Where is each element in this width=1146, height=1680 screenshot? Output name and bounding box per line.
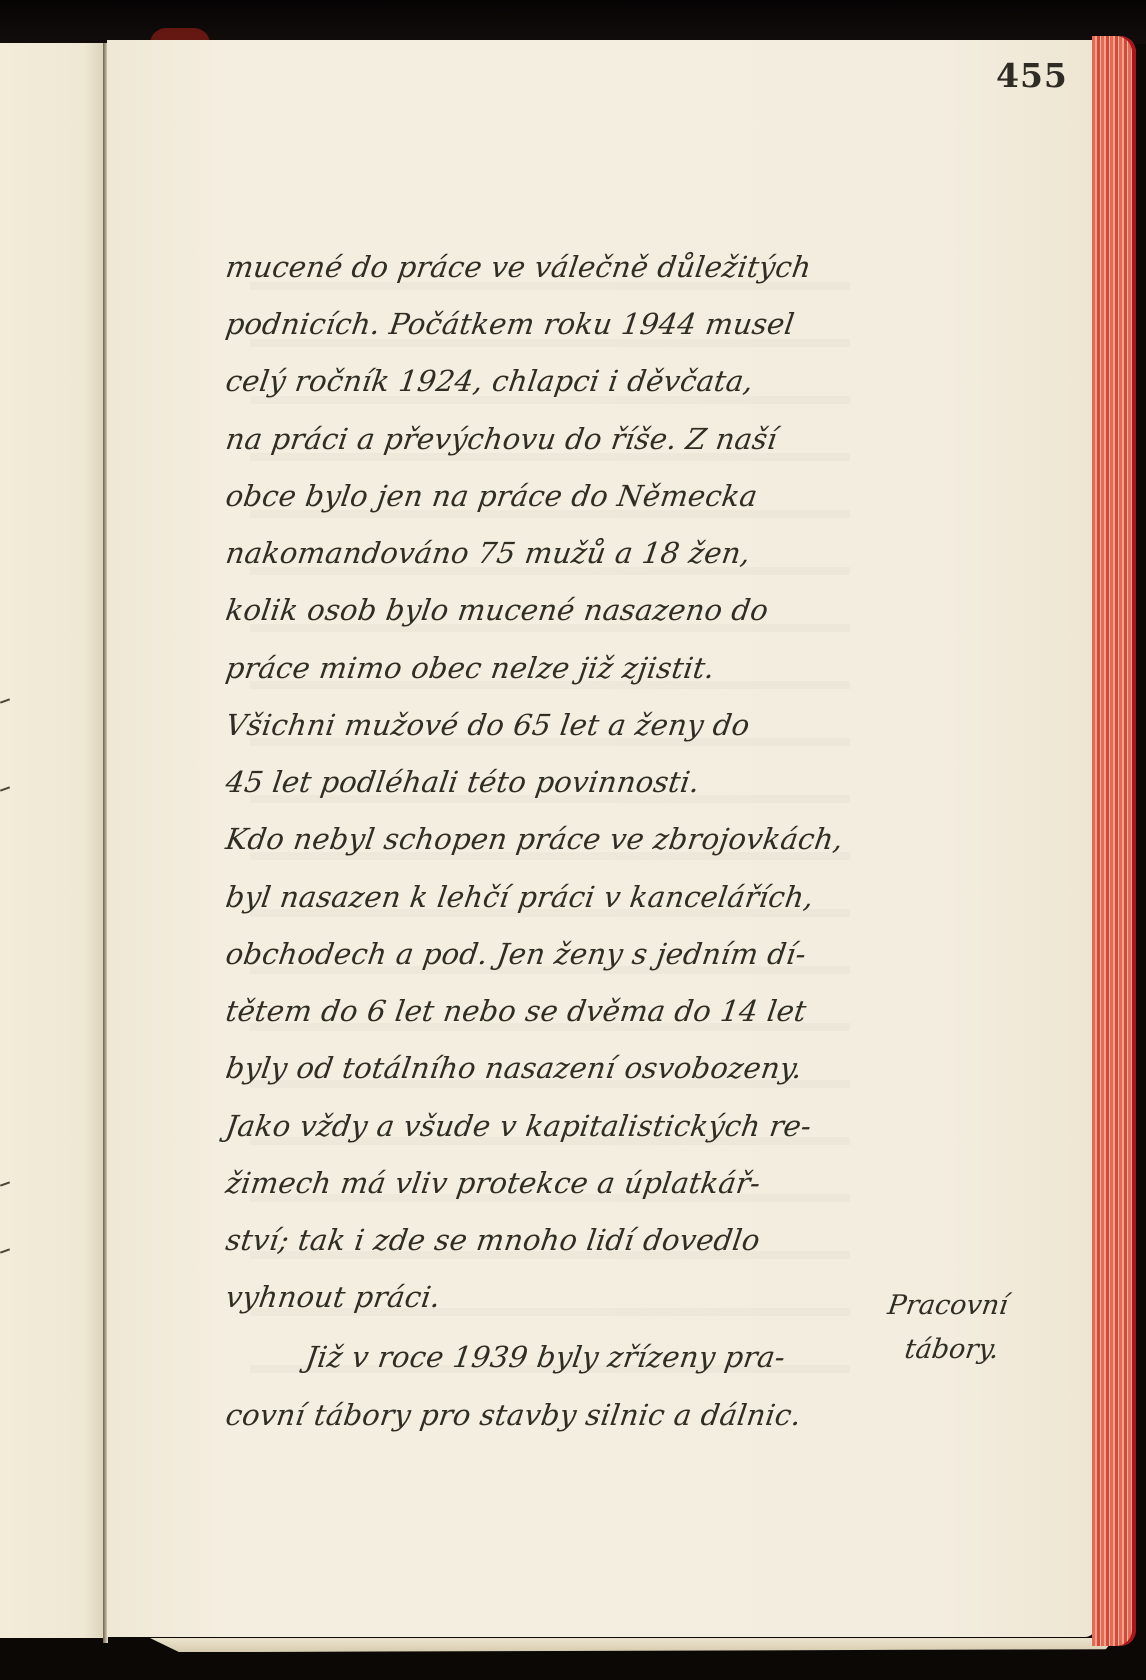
text-line: podnicích. Počátkem roku 1944 musel: [224, 307, 797, 341]
left-page-ink-mark: [0, 1181, 10, 1186]
text-line: žimech má vliv protekce a úplatkář-: [224, 1166, 763, 1200]
text-line: tětem do 6 let nebo se dvěma do 14 let: [224, 994, 809, 1028]
text-line: nakomandováno 75 mužů a 18 žen,: [224, 536, 753, 570]
left-page-ink-mark: [0, 1248, 10, 1253]
text-line: mucené do práce ve válečně důležitých: [224, 250, 814, 284]
text-line: Kdo nebyl schopen práce ve zbrojovkách,: [224, 822, 846, 856]
page-stack-bottom-edge: [150, 1638, 1110, 1652]
margin-note-line-1: Pracovní: [886, 1290, 1010, 1321]
text-line: 45 let podléhali této povinnosti.: [224, 765, 702, 799]
text-line: práce mimo obec nelze již zjistit.: [224, 651, 717, 685]
text-line: vyhnout práci.: [224, 1280, 443, 1314]
text-line: ství; tak i zde se mnoho lidí dovedlo: [224, 1223, 763, 1257]
text-line: covní tábory pro stavby silnic a dálnic.: [224, 1398, 804, 1432]
page-number: 455: [996, 56, 1068, 95]
text-line: obchodech a pod. Jen ženy s jedním dí-: [224, 937, 809, 971]
text-line: Všichni mužové do 65 let a ženy do: [224, 708, 752, 742]
left-page-ink-mark: [0, 698, 10, 703]
text-line: byly od totálního nasazení osvobozeny.: [224, 1051, 805, 1085]
text-line: byl nasazen k lehčí práci v kancelářích,: [224, 880, 816, 914]
text-line: Jako vždy a všude v kapitalistických re-: [224, 1109, 814, 1143]
red-fore-edge: [1092, 36, 1136, 1646]
left-page-ink-mark: [0, 786, 10, 791]
text-line: kolik osob bylo mucené nasazeno do: [224, 593, 771, 627]
text-line: obce bylo jen na práce do Německa: [224, 479, 760, 513]
paragraph-start-line: Již v roce 1939 byly zřízeny pra-: [304, 1340, 788, 1374]
text-line: celý ročník 1924, chlapci i děvčata,: [224, 364, 756, 398]
text-line: na práci a převýchovu do říše. Z naší: [224, 422, 780, 456]
margin-note-line-2: tábory.: [903, 1334, 1001, 1365]
left-page: [0, 43, 104, 1638]
